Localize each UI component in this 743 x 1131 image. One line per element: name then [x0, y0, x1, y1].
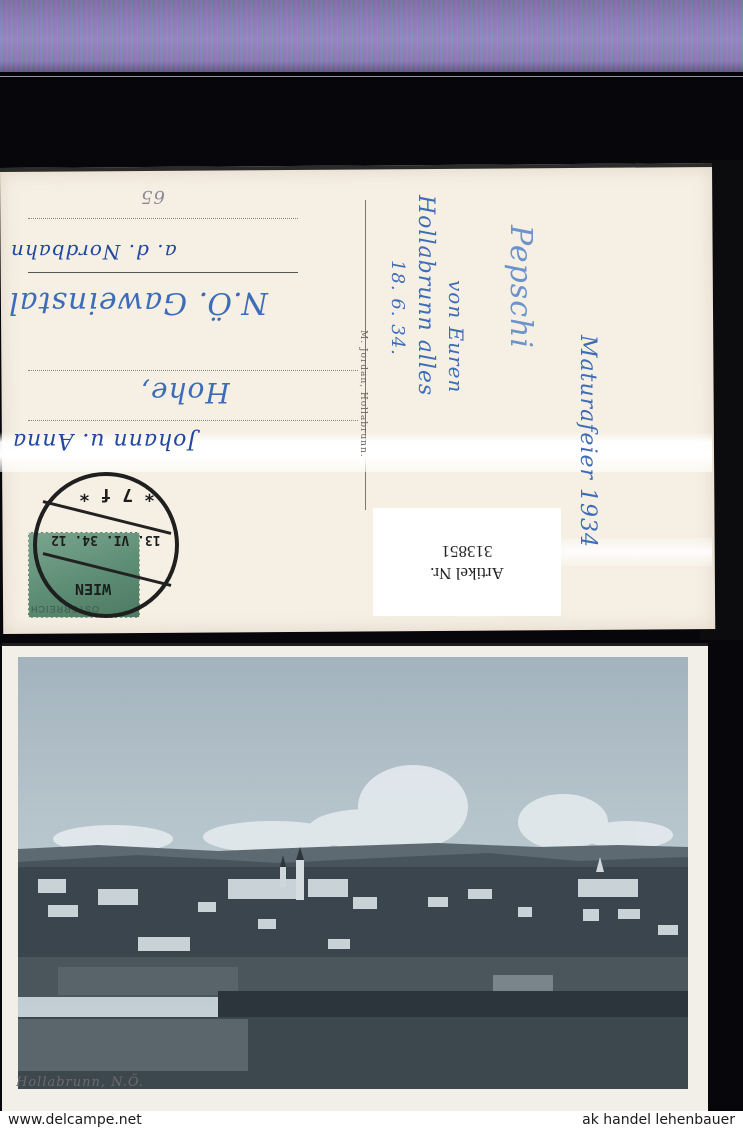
town-photo: [18, 657, 688, 1089]
publisher-imprint: M. Jordan, Hollabrunn.: [358, 330, 368, 458]
postmark-top-text: * 7 f *: [79, 484, 155, 505]
address-line: [28, 420, 358, 421]
landscape-illustration: [18, 657, 688, 1089]
article-label: Artikel Nr.: [430, 562, 504, 584]
message-date: 18. 6. 34.: [387, 260, 408, 356]
listing-footer: www.delcampe.net ak handel lehenbauer: [0, 1111, 743, 1131]
address-line-2: a. d. Nordbahn: [10, 240, 177, 264]
pencil-note: 65: [140, 186, 165, 207]
address-line: [28, 272, 298, 273]
address-line: [28, 218, 298, 219]
article-number-sticker: Artikel Nr. 313851: [373, 508, 561, 616]
postmark-place: WIEN: [75, 580, 111, 598]
site-link[interactable]: www.delcampe.net: [8, 1112, 142, 1128]
seller-name: ak handel lehenbauer: [582, 1112, 735, 1128]
address-line-3: Hohe,: [140, 376, 230, 409]
address-line: [28, 370, 358, 371]
photo-caption: Hollabrunn, N.Ö.: [16, 1075, 144, 1090]
message-line-2: von Euren: [444, 280, 468, 393]
scanner-line: [0, 76, 743, 77]
article-number: 313851: [442, 540, 493, 562]
address-line-1: N.Ö. Gaweinstal: [8, 285, 268, 320]
message-line-3: Maturafeier 1934: [575, 335, 600, 548]
address-line-4: Johann u. Anna: [12, 428, 196, 453]
scanner-artifact-band: [0, 0, 743, 72]
postmark-date: 13. VI. 34. 12: [51, 532, 161, 547]
postmark: * 7 f * 13. VI. 34. 12 WIEN: [33, 472, 179, 618]
message-line-1: Hollabrunn alles: [413, 195, 438, 396]
postmark-bar: [43, 500, 172, 535]
message-signature: Pepschi: [503, 225, 538, 349]
